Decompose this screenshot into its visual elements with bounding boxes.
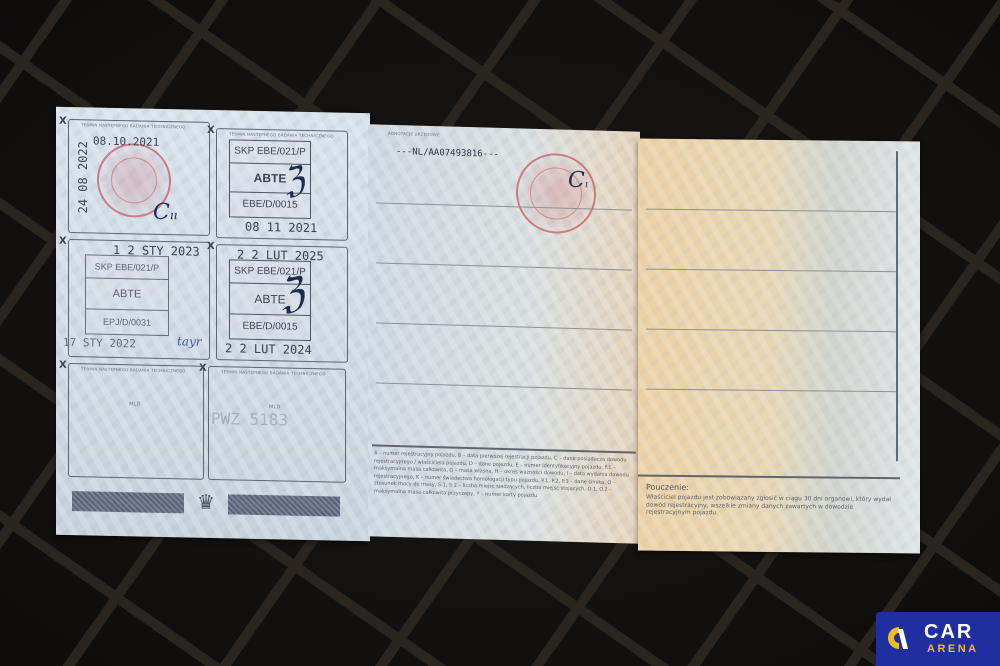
- x-mark: X: [59, 236, 67, 247]
- inspection-box-5: X TERMIN NASTĘPNEGO BADANIA TECHNICZNEGO…: [68, 363, 204, 480]
- security-band-left: [72, 491, 184, 513]
- notice-title: Pouczenie:: [646, 483, 689, 492]
- security-band-right: [228, 494, 340, 516]
- notice-text: Właściciel pojazdu jest zobowiązany zgło…: [646, 494, 896, 519]
- ruled-frame: [646, 149, 898, 462]
- date-top: 08.10.2021: [93, 134, 159, 148]
- logo-text-arena: ARENA: [927, 643, 979, 655]
- inspection-box-1: X TERMIN NASTĘPNEGO BADANIA TECHNICZNEGO…: [68, 119, 210, 236]
- x-mark: X: [59, 116, 67, 127]
- car-arena-logo-icon: [886, 625, 908, 651]
- signature: Cıı: [153, 200, 178, 226]
- eagle-emblem-icon: ♛: [195, 489, 217, 515]
- x-mark: X: [199, 363, 207, 374]
- signature: Cı: [568, 168, 588, 194]
- date-side: 24 08 2022: [76, 141, 90, 214]
- x-mark: X: [207, 241, 215, 252]
- box-caption: TERMIN NASTĘPNEGO BADANIA TECHNICZNEGO: [229, 131, 334, 138]
- x-mark: X: [59, 360, 67, 371]
- notice-page: Pouczenie: Właściciel pojazdu jest zobow…: [638, 139, 920, 554]
- box-caption: TERMIN NASTĘPNEGO BADANIA TECHNICZNEGO: [81, 122, 186, 129]
- mld-label: MLD: [129, 401, 141, 407]
- x-mark: X: [207, 125, 215, 136]
- inspection-box-3: X 1 2 STY 2023 SKP EBE/021/P ABTE EPJ/D/…: [68, 239, 210, 360]
- date-bottom: 08 11 2021: [245, 220, 317, 236]
- inspection-box-2: X TERMIN NASTĘPNEGO BADANIA TECHNICZNEGO…: [216, 128, 348, 241]
- date-bottom: 17 STY 2022: [63, 336, 136, 351]
- registration-document: X TERMIN NASTĘPNEGO BADANIA TECHNICZNEGO…: [0, 0, 1000, 666]
- inspection-box-4: X 2 2 LUT 2025 SKP EBE/021/P ABTE EBE/D/…: [216, 244, 348, 363]
- box-caption: TERMIN NASTĘPNEGO BADANIA TECHNICZNEGO: [81, 366, 186, 373]
- annotations-page: ADNOTACJE URZĘDOWE ---NL/AA07493816--- C…: [368, 124, 640, 544]
- date-bottom: 2 2 LUT 2024: [225, 341, 312, 357]
- box-caption: TERMIN NASTĘPNEGO BADANIA TECHNICZNEGO: [221, 369, 326, 376]
- logo-text-car: CAR: [924, 621, 973, 644]
- mld-value: PWZ 5183: [211, 409, 288, 430]
- car-arena-watermark: CAR ARENA: [876, 612, 1000, 666]
- field-legend-text: A – numer rejestracyjny pojazdu, B – dat…: [374, 450, 634, 502]
- inspection-box-6: X TERMIN NASTĘPNEGO BADANIA TECHNICZNEGO…: [208, 366, 346, 483]
- inspection-page: X TERMIN NASTĘPNEGO BADANIA TECHNICZNEGO…: [56, 107, 370, 542]
- signature: tayr: [177, 334, 202, 349]
- inspection-stamp: SKP EBE/021/P ABTE EPJ/D/0031: [85, 254, 169, 336]
